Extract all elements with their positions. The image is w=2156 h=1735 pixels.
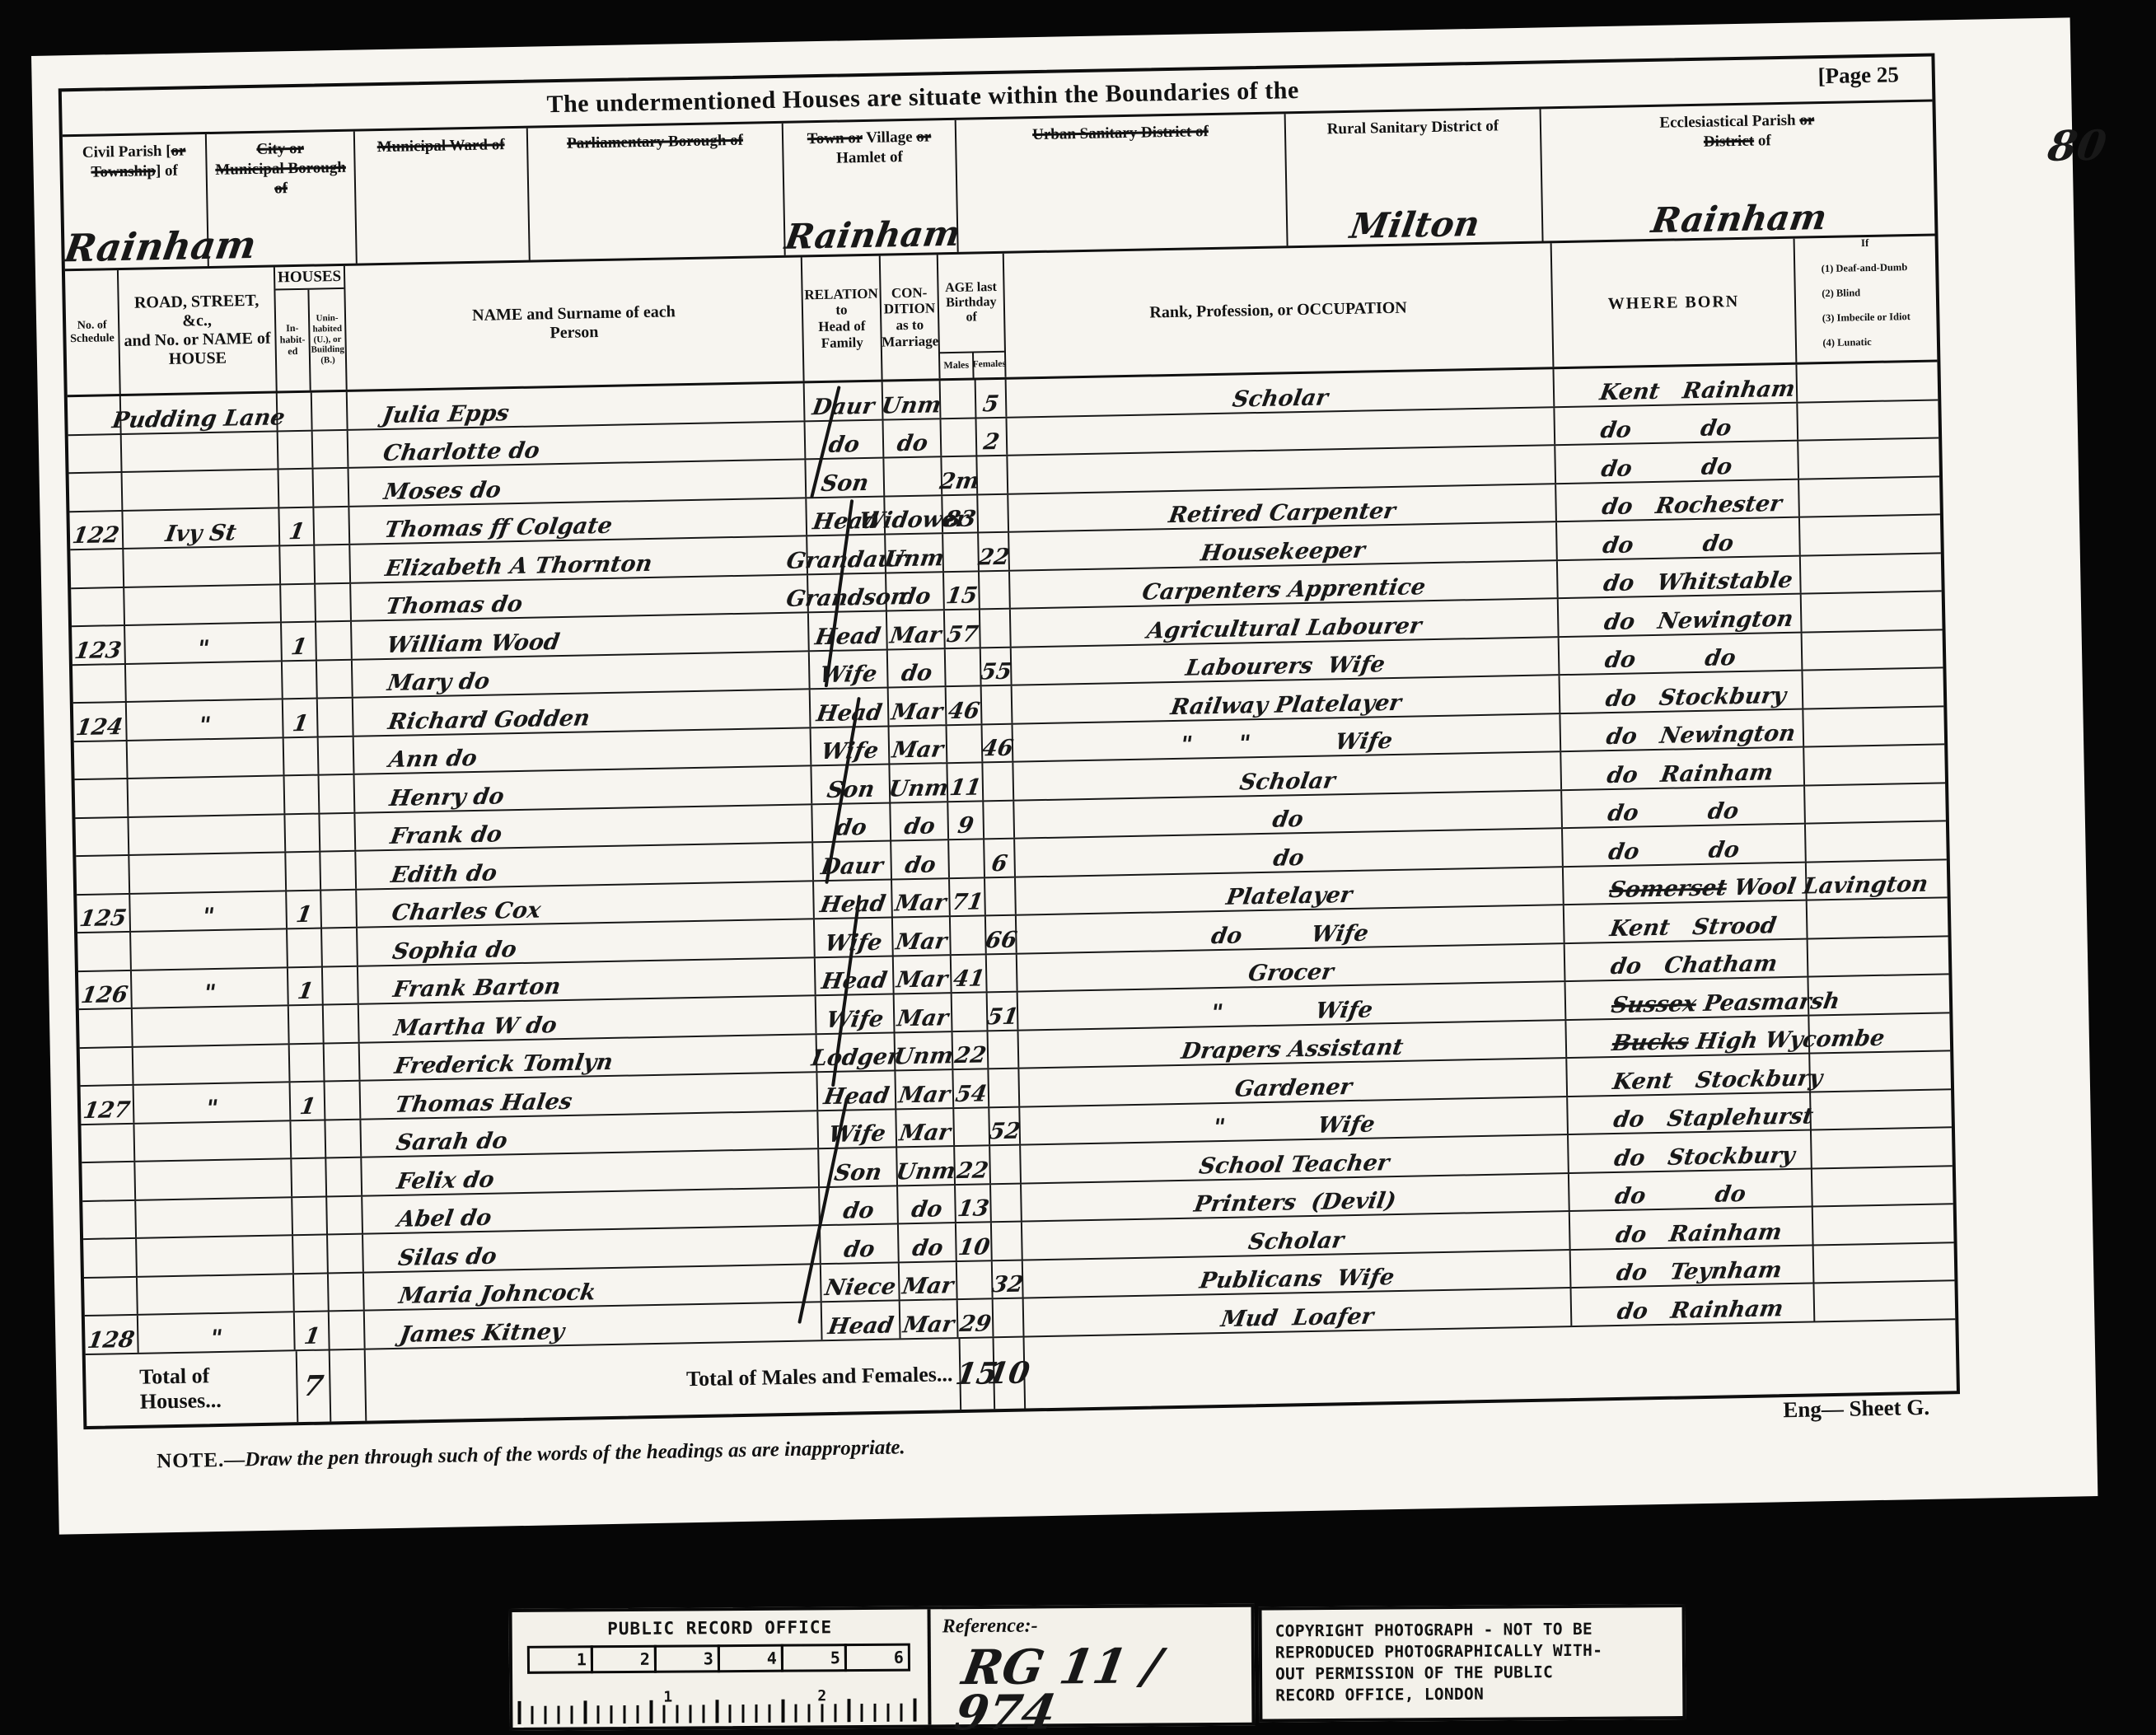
copyright-line: REPRODUCED PHOTOGRAPHICALLY WITH- <box>1275 1639 1682 1664</box>
boundary-value: Milton <box>1348 208 1482 243</box>
cell-relation: Head <box>822 1301 901 1339</box>
cell-born: Kent Strood <box>1564 901 1808 942</box>
pro-title: PUBLIC RECORD OFFICE <box>512 1616 928 1639</box>
cell-born: do Whitstable <box>1558 556 1802 597</box>
cell-age_f: 5 <box>976 380 1008 417</box>
cell-relation: Lodger <box>817 1033 896 1071</box>
cell-road <box>131 929 288 969</box>
cell-empty <box>316 583 352 620</box>
cell-name: Thomas ff Colgate <box>349 498 807 544</box>
cell-empty <box>328 1235 364 1272</box>
cell-condition: do <box>891 840 950 878</box>
cell-born: do Stockbury <box>1560 671 1804 713</box>
reference-stamp: Reference:- RG 11 / 974 <box>931 1607 1252 1725</box>
cell-empty <box>329 1273 365 1310</box>
copyright-line: OUT PERMISSION OF THE PUBLIC <box>1275 1661 1682 1686</box>
cell-inhabited <box>290 1044 325 1081</box>
cell-road <box>129 815 286 854</box>
cell-condition: Mar <box>890 726 948 764</box>
census-form: The undermentioned Houses are situate wi… <box>58 53 1960 1429</box>
cell-relation: Head <box>816 956 895 994</box>
cell-condition: do <box>884 419 942 457</box>
cell-empty <box>1798 438 1939 478</box>
cell-schedule: 126 <box>78 970 133 1008</box>
scale-number: 2 <box>591 1645 657 1674</box>
cell-schedule <box>82 1162 136 1200</box>
cell-empty <box>314 469 350 506</box>
cell-condition: Unm <box>896 1032 954 1070</box>
total-houses-label: Total of Houses... <box>139 1362 297 1415</box>
cell-road: " <box>127 699 284 739</box>
cell-born: Kent Stockbury <box>1567 1055 1811 1096</box>
cell-age_f <box>982 686 1013 723</box>
col-header-females: Females <box>974 353 1005 378</box>
note-prefix: NOTE. <box>157 1449 225 1473</box>
cell-born: do do <box>1563 825 1807 866</box>
cell-schedule: 125 <box>77 894 131 932</box>
cell-road: " <box>134 1083 292 1122</box>
cell-inhabited <box>292 1158 327 1195</box>
cell-road <box>136 1198 293 1237</box>
cell-inhabited <box>289 1006 325 1043</box>
cell-schedule <box>77 933 132 970</box>
cell-age_m: 41 <box>952 955 988 992</box>
cell-road <box>133 1045 291 1084</box>
cell-age_m: 54 <box>953 1069 989 1106</box>
cell-age_f <box>989 1069 1020 1106</box>
cell-name: Sophia do <box>358 919 816 965</box>
cell-age_m <box>951 916 987 953</box>
cell-name: Felix do <box>362 1149 820 1195</box>
cell-age_m: 46 <box>947 686 983 723</box>
note-text: —Draw the pen through such of the words … <box>224 1436 905 1471</box>
cell-age_f: 6 <box>984 839 1016 877</box>
boundary-field-rural-sanitary-district: Rural Sanitary District ofMilton <box>1286 109 1544 246</box>
cell-inhabited <box>293 1235 329 1272</box>
boundary-field-civil-parish: Civil Parish [or Township] ofRainham <box>63 134 209 269</box>
cell-name: Maria Johncock <box>364 1265 822 1310</box>
cell-age_m <box>947 725 984 762</box>
cell-age_m: 9 <box>948 802 984 839</box>
cell-name: Sarah do <box>361 1111 819 1157</box>
cell-schedule <box>79 1009 133 1047</box>
cell-relation: Son <box>811 765 891 803</box>
cell-born: do Rainham <box>1572 1284 1816 1325</box>
cell-age_f <box>984 801 1015 838</box>
cell-relation: Head <box>811 689 890 727</box>
cell-relation: Wife <box>818 1110 897 1148</box>
cell-condition: do <box>891 802 949 840</box>
cell-road <box>129 853 287 892</box>
scale-number: 5 <box>781 1644 847 1672</box>
margin-folio-number: 80 <box>2046 125 2109 166</box>
cell-relation: Wife <box>816 994 896 1032</box>
cell-age_m: 13 <box>956 1185 992 1222</box>
cell-empty <box>1813 1204 1954 1244</box>
cell-name: Richard Godden <box>353 690 811 735</box>
cell-born: do do <box>1555 442 1799 483</box>
cell-inhabited <box>281 584 316 621</box>
cell-age_m: 57 <box>945 610 981 647</box>
cell-born: do do <box>1560 633 1803 674</box>
col-group-houses: HOUSES In- habit- ed Unin- habited (U.),… <box>275 266 348 391</box>
cell-schedule: 127 <box>81 1086 135 1124</box>
cell-inhabited: 1 <box>282 623 317 660</box>
cell-schedule <box>75 817 129 855</box>
cell-age_f <box>983 763 1014 800</box>
cell-name: Charlotte do <box>348 422 807 467</box>
cell-schedule <box>80 1047 134 1085</box>
cell-name: Frank do <box>355 805 813 850</box>
disability-item: (1) Deaf-and-Dumb <box>1822 261 1910 275</box>
cell-inhabited <box>280 546 316 583</box>
cell-condition: do <box>899 1223 957 1261</box>
cell-schedule <box>75 779 129 817</box>
total-houses-value: 7 <box>302 1373 325 1400</box>
disability-item: (4) Lunatic <box>1822 335 1910 349</box>
col-header-road: ROAD, STREET, &c., and No. or NAME of HO… <box>119 267 278 394</box>
cell-age_m <box>952 993 989 1030</box>
tick-label: 1 <box>663 1689 672 1706</box>
cell-name: Ann do <box>354 728 812 774</box>
cell-relation: Daur <box>813 841 892 879</box>
cell-age_m: 22 <box>955 1146 991 1183</box>
cell-age_m: 22 <box>953 1031 989 1069</box>
cell-empty <box>1802 592 1943 631</box>
cell-schedule <box>81 1124 135 1162</box>
cell-condition: do <box>898 1186 956 1223</box>
cell-age_m: 15 <box>944 572 980 609</box>
cell-age_f <box>989 1031 1020 1068</box>
col-header-inhabited: In- habit- ed <box>275 290 311 391</box>
cell-road <box>124 546 281 586</box>
cell-schedule: 122 <box>69 511 124 549</box>
cell-condition: Mar <box>893 917 952 955</box>
cell-empty <box>312 392 348 429</box>
scale-number: 6 <box>844 1644 910 1672</box>
scale-number: 4 <box>718 1644 783 1673</box>
cell-inhabited: 1 <box>295 1312 330 1349</box>
cell-empty <box>1803 630 1943 670</box>
cell-relation: Head <box>817 1071 896 1109</box>
archive-stamps: PUBLIC RECORD OFFICE 1 2 3 4 5 6 1 2 Ref… <box>508 1601 1686 1733</box>
cell-inhabited: 1 <box>291 1083 326 1120</box>
cell-born: do Rainham <box>1570 1207 1814 1248</box>
cell-relation: Daur <box>805 382 884 420</box>
census-document: The undermentioned Houses are situate wi… <box>31 17 2098 1534</box>
cell-born: do do <box>1555 403 1798 444</box>
cell-born: do do <box>1569 1169 1813 1210</box>
cell-inhabited <box>284 737 320 774</box>
col-header-occupation: Rank, Profession, or OCCUPATION <box>1004 243 1555 377</box>
cell-relation: do <box>821 1224 900 1262</box>
cell-relation: Grandson <box>808 573 887 611</box>
col-header-relation: RELATION to Head of Family <box>802 256 883 381</box>
cell-born: Kent Rainham <box>1554 365 1798 406</box>
cell-schedule <box>83 1239 138 1277</box>
copyright-stamp: COPYRIGHT PHOTOGRAPH - NOT TO BE REPRODU… <box>1258 1604 1686 1723</box>
cell-born: Sussex Peasmarsh <box>1566 978 1810 1019</box>
cell-condition: Mar <box>895 994 953 1031</box>
cell-condition: Unm <box>886 534 944 572</box>
cell-empty <box>1804 745 1945 784</box>
cell-road <box>133 1006 290 1045</box>
cell-age_f: 52 <box>989 1107 1021 1144</box>
cell-empty <box>325 1043 361 1080</box>
cell-inhabited: 1 <box>279 507 315 545</box>
cell-name: Martha W do <box>359 996 817 1041</box>
cell-empty <box>320 852 357 889</box>
cell-born: do do <box>1557 518 1801 559</box>
cell-relation: Head <box>814 880 893 918</box>
cell-empty <box>319 737 355 774</box>
cell-schedule: 123 <box>72 626 126 664</box>
reference-number: RG 11 / 974 <box>952 1644 1260 1735</box>
cell-name: Moses do <box>349 460 807 505</box>
cell-road <box>137 1236 294 1275</box>
boundary-label: Municipal Ward of <box>355 129 527 158</box>
cell-age_f <box>992 1223 1023 1260</box>
scale-ruler-numbers: 1 2 3 4 5 6 <box>527 1644 908 1674</box>
cell-empty <box>313 430 349 467</box>
cell-empty <box>1808 937 1949 976</box>
cell-empty <box>325 1082 362 1119</box>
cell-born: do Chatham <box>1565 939 1809 980</box>
cell-road: " <box>125 623 283 662</box>
cell-inhabited <box>285 814 320 851</box>
cell-age_m: 2m <box>942 456 978 493</box>
cell-empty <box>1811 1090 1952 1129</box>
cell-inhabited <box>279 470 315 507</box>
scale-number: 1 <box>527 1645 593 1674</box>
disability-item: (3) Imbecile or Idiot <box>1822 311 1910 325</box>
pro-reference-stamp: PUBLIC RECORD OFFICE 1 2 3 4 5 6 1 2 Ref… <box>508 1604 1255 1731</box>
cell-name: Abel do <box>362 1188 821 1233</box>
cell-name: Frank Barton <box>358 958 816 1003</box>
cell-empty <box>320 813 356 850</box>
cell-relation: Head <box>809 612 888 650</box>
cell-road: " <box>132 968 289 1008</box>
cell-road <box>138 1274 295 1314</box>
cell-empty <box>1814 1243 1955 1283</box>
cell-condition: Mar <box>896 1109 955 1147</box>
cell-empty <box>322 928 358 966</box>
cell-age_m <box>949 839 985 877</box>
cell-age_m <box>942 419 978 456</box>
cell-born: Somerset Wool Lavington <box>1564 863 1808 904</box>
cell-age_f: 32 <box>993 1260 1024 1298</box>
page-number-label: [Page 25 <box>1817 62 1899 89</box>
cell-empty <box>1812 1167 1953 1206</box>
boundary-label: Urban Sanitary District of <box>956 114 1285 146</box>
cell-schedule <box>76 856 130 894</box>
cell-empty <box>317 660 353 697</box>
cell-schedule <box>70 549 124 587</box>
col-header-schedule: No. of Schedule <box>65 270 121 395</box>
cell-empty <box>327 1196 363 1233</box>
cell-age_f <box>987 954 1018 991</box>
boundary-label: Ecclesiastical Parish or District of <box>1541 102 1934 155</box>
cell-name: Julia Epps <box>348 383 806 428</box>
cell-empty <box>1801 554 1942 593</box>
cell-empty <box>1808 898 1948 938</box>
cell-age_m <box>943 533 980 570</box>
scale-number: 3 <box>654 1644 720 1673</box>
cell-age_m: 29 <box>958 1299 994 1336</box>
boundary-field-urban-sanitary-district: Urban Sanitary District of <box>956 114 1288 252</box>
col-header-name: NAME and Surname of each Person <box>345 257 805 389</box>
cell-born: Bucks High Wycombe <box>1566 1016 1810 1057</box>
cell-age_f <box>994 1299 1025 1336</box>
census-scan-photo: The undermentioned Houses are situate wi… <box>0 0 2156 1735</box>
cell-condition: Widower <box>885 496 943 534</box>
col-header-age: AGE last Birthday of <box>938 254 1004 353</box>
public-record-office-stamp: PUBLIC RECORD OFFICE 1 2 3 4 5 6 1 2 <box>512 1609 932 1728</box>
cell-age_f: 55 <box>981 648 1013 685</box>
cell-schedule <box>84 1277 138 1315</box>
col-header-where-born: WHERE BORN <box>1552 239 1798 367</box>
boundary-label: Rural Sanitary District of <box>1286 110 1541 141</box>
boundary-field-parliamentary-borough: Parliamentary Borough of <box>528 124 786 260</box>
cell-born: do Newington <box>1559 595 1803 636</box>
col-header-disability: If (1) Deaf-and-Dumb (2) Blind (3) Imbec… <box>1795 236 1938 362</box>
cell-inhabited: 1 <box>283 699 319 737</box>
cell-condition: Unm <box>883 381 942 419</box>
cell-empty <box>1800 515 1941 554</box>
cell-road <box>128 738 285 778</box>
cell-empty <box>325 1120 362 1157</box>
cell-condition: Mar <box>887 610 946 648</box>
boundary-value: Rainham <box>1649 201 1829 237</box>
cell-road: Pudding Lane <box>121 393 278 433</box>
total-females-value: 10 <box>986 1359 1031 1387</box>
cell-born: do Rainham <box>1561 748 1805 789</box>
cell-born: do Stockbury <box>1569 1131 1812 1172</box>
cell-name: Frederick Tomlyn <box>360 1035 818 1080</box>
cell-name: Thomas Hales <box>361 1073 819 1118</box>
col-header-condition: CON- DITION as to Marriage <box>881 255 941 379</box>
cell-age_f <box>990 1146 1022 1183</box>
cell-road <box>122 432 279 471</box>
cell-condition: Mar <box>900 1262 958 1300</box>
cell-empty <box>1812 1128 1953 1167</box>
cell-inhabited <box>288 929 323 966</box>
cell-age_m <box>946 648 982 685</box>
cell-inhabited: 1 <box>287 891 322 928</box>
cell-empty <box>314 507 350 544</box>
cell-age_f <box>977 456 1008 493</box>
boundary-field-town-village-hamlet: Town or Village or Hamlet ofRainham <box>783 120 959 255</box>
cell-empty <box>323 966 359 1003</box>
cell-relation: Wife <box>810 650 889 688</box>
boundary-field-city-municipal-borough: City or Municipal Borough of <box>207 132 358 266</box>
reference-label: Reference:- <box>942 1614 1251 1639</box>
cell-name: Mary do <box>353 652 811 697</box>
cell-road: " <box>138 1312 296 1352</box>
col-group-age: AGE last Birthday of Males Females <box>938 254 1007 378</box>
cell-age_m <box>957 1261 994 1298</box>
cell-age_f <box>978 494 1009 531</box>
cell-inhabited <box>285 776 320 813</box>
cell-age_f: 51 <box>988 993 1019 1030</box>
cell-age_f <box>980 610 1012 647</box>
cell-schedule: 124 <box>73 703 128 741</box>
total-males-females-label: Total of Males and Females... <box>686 1362 953 1391</box>
cell-age_f <box>980 571 1011 608</box>
cell-condition: Mar <box>889 687 947 725</box>
cell-name: Elizabeth A Thornton <box>350 536 808 582</box>
cell-empty <box>1803 668 1943 708</box>
cell-name: James Kitney <box>365 1302 823 1348</box>
cell-inhabited <box>294 1274 330 1311</box>
col-header-houses: HOUSES <box>275 266 344 291</box>
cell-empty <box>1810 1051 1951 1091</box>
cell-empty <box>316 622 353 659</box>
col-header-uninhabited: Unin- habited (U.), or Building (B.) <box>309 289 345 390</box>
cell-condition <box>884 457 942 495</box>
boundary-field-ecclesiastical-parish: Ecclesiastical Parish or District ofRain… <box>1541 102 1935 241</box>
cell-born: do do <box>1562 786 1806 827</box>
cell-age_f <box>985 877 1017 914</box>
cell-relation: do <box>812 803 891 841</box>
cell-born: do Rochester <box>1556 479 1800 521</box>
cell-schedule <box>71 587 125 625</box>
cell-empty <box>326 1158 362 1195</box>
cell-name: Thomas do <box>351 575 809 620</box>
cell-age_m: 83 <box>942 495 979 532</box>
boundary-label: Town or Village or Hamlet of <box>783 120 956 169</box>
cell-schedule <box>72 664 127 702</box>
cell-relation: Niece <box>821 1263 900 1301</box>
cell-empty <box>330 1312 366 1349</box>
cell-schedule <box>69 473 124 511</box>
cell-road <box>123 470 280 509</box>
cell-age_m <box>941 380 977 417</box>
cell-empty <box>324 1005 360 1042</box>
cell-name: William Wood <box>352 613 810 658</box>
cell-inhabited <box>278 431 314 468</box>
cell-inhabited <box>283 661 318 698</box>
cell-schedule <box>74 741 129 779</box>
cell-age_f: 46 <box>983 724 1014 761</box>
cell-age_f <box>991 1184 1022 1221</box>
cell-empty <box>315 545 351 582</box>
cell-empty <box>320 775 356 812</box>
cell-road <box>129 776 286 816</box>
cell-condition: do <box>888 649 947 687</box>
cell-road: Ivy St <box>123 508 280 548</box>
cell-inhabited: 1 <box>288 967 324 1004</box>
cell-empty <box>1799 477 1940 517</box>
cell-schedule: 128 <box>85 1316 139 1354</box>
disability-item: (2) Blind <box>1822 286 1910 300</box>
cell-name: Charles Cox <box>357 882 815 927</box>
tick-label: 2 <box>817 1687 826 1705</box>
cell-empty <box>1797 362 1938 401</box>
cell-road <box>134 1121 292 1161</box>
sheet-label: Eng— Sheet G. <box>1783 1395 1929 1423</box>
cell-name: Silas do <box>363 1226 821 1271</box>
cell-age_f: 22 <box>979 533 1010 570</box>
cell-empty <box>1803 707 1944 746</box>
cell-age_f: 66 <box>986 916 1017 953</box>
cell-road <box>135 1159 292 1199</box>
cell-road <box>126 662 283 701</box>
cell-age_m <box>954 1108 990 1145</box>
cell-road: " <box>130 891 288 931</box>
boundary-label: Civil Parish [or Township] of <box>63 134 206 183</box>
copyright-line: RECORD OFFICE, LONDON <box>1275 1682 1682 1707</box>
